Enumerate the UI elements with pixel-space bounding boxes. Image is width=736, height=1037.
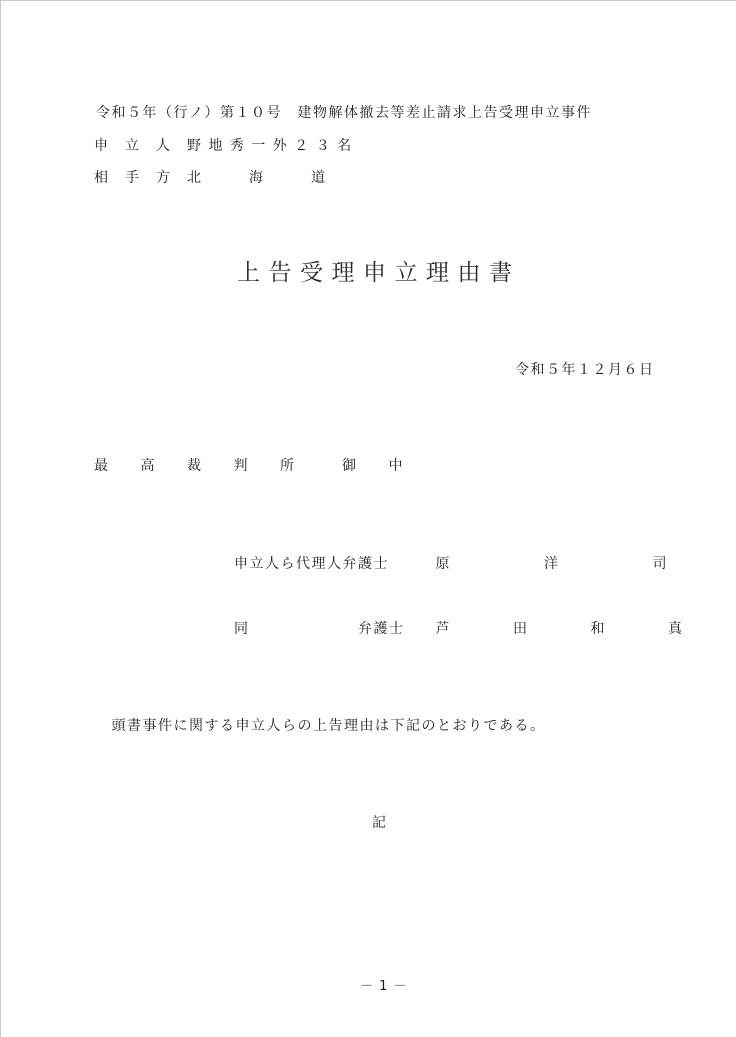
court-addressee: 最 高 裁 判 所 御 中	[94, 457, 404, 475]
ki-marker: 記	[372, 814, 388, 832]
attorney-line-1: 申立人ら代理人弁護士 原 洋 司	[234, 555, 668, 573]
respondent-line: 相 手 方 北 海 道	[94, 169, 327, 187]
body-paragraph: 頭書事件に関する申立人らの上告理由は下記のとおりである。	[96, 717, 546, 735]
document-title: 上告受理申立理由書	[237, 258, 521, 288]
page-number: － 1 －	[360, 978, 408, 996]
attorney-line-2: 同 弁護士 芦 田 和 真	[234, 620, 684, 638]
case-number-line: 令和５年（行ノ）第１０号 建物解体撤去等差止請求上告受理申立事件	[96, 104, 592, 122]
petitioner-line: 申 立 人 野 地 秀 一 外 ２ ３ 名	[94, 137, 353, 155]
date-line: 令和５年１２月６日	[515, 361, 655, 379]
document-page: 令和５年（行ノ）第１０号 建物解体撤去等差止請求上告受理申立事件 申 立 人 野…	[0, 0, 736, 1037]
